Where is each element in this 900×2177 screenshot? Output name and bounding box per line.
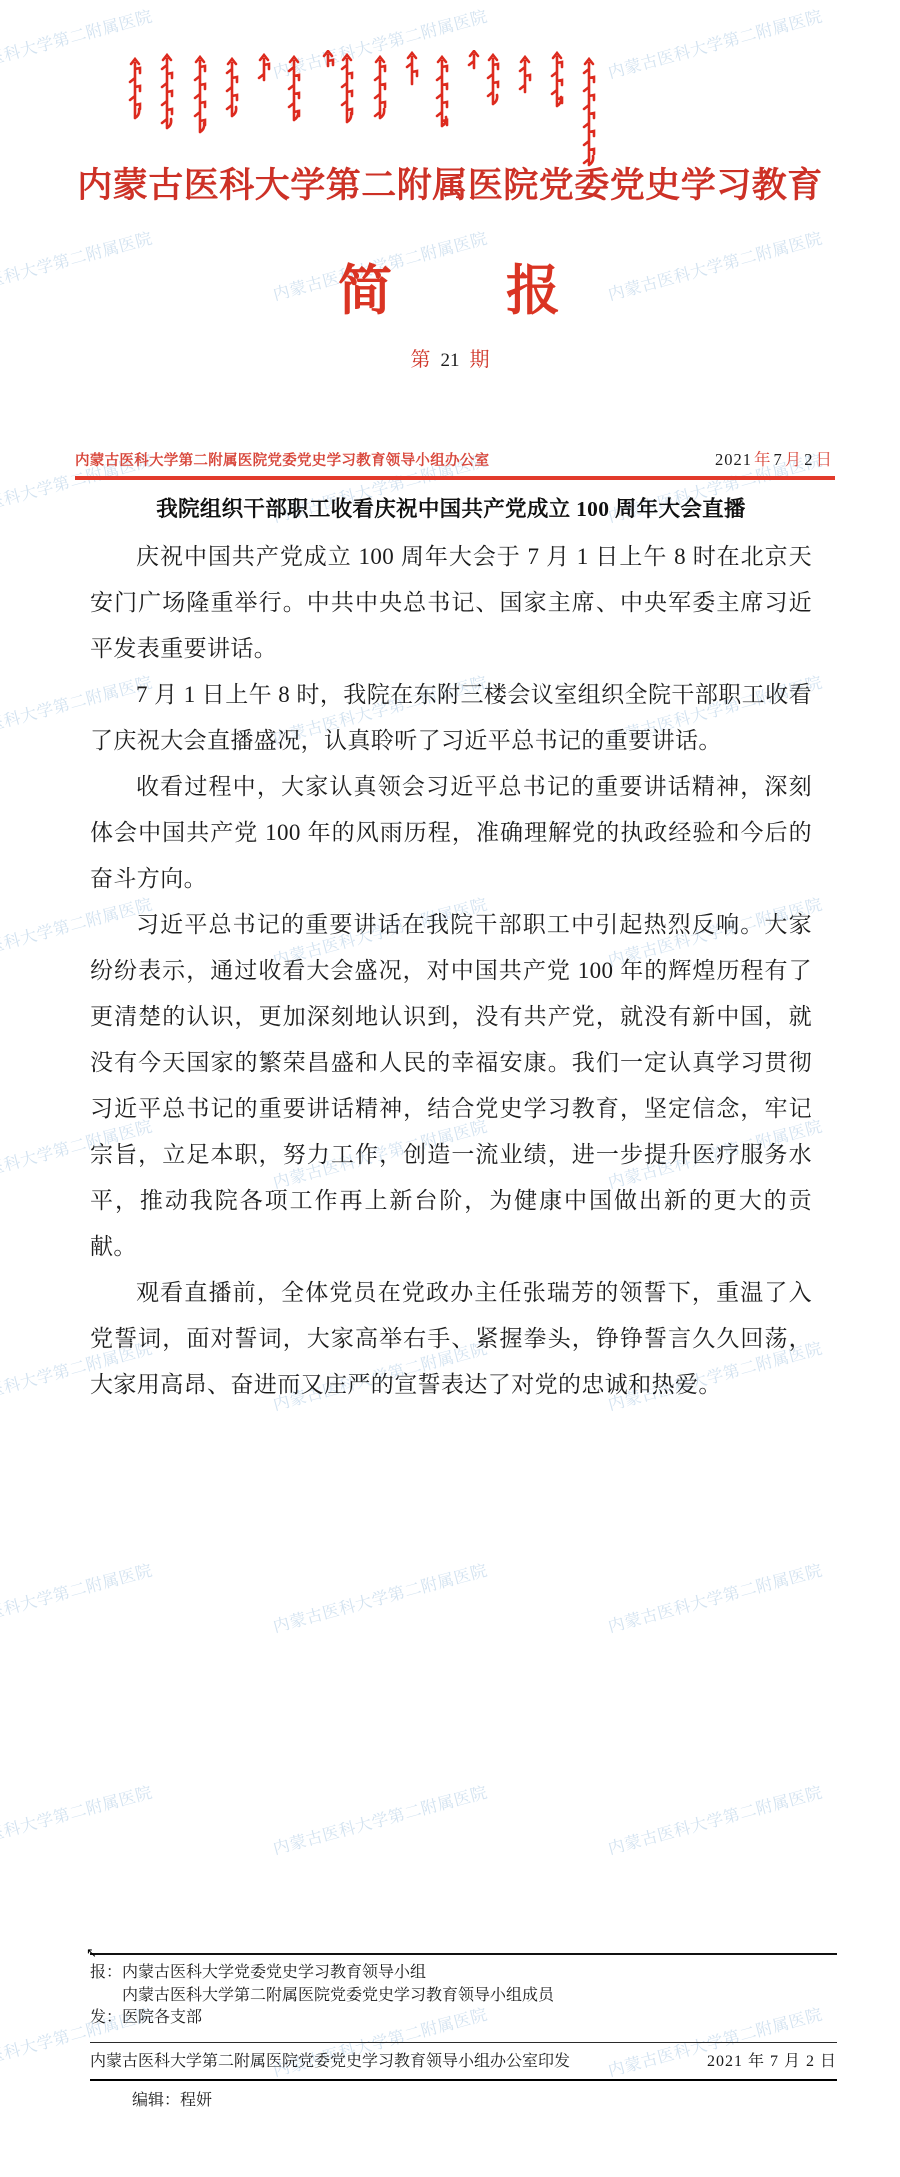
footer-issue-date: 2021 年 7 月 2 日 — [707, 2051, 837, 2074]
editor-name: 程妍 — [180, 2092, 212, 2109]
watermark-text: 内蒙古医科大学第二附属医院 — [0, 1557, 155, 1637]
footer-routing-block: 报： 内蒙古医科大学党委党史学习教育领导小组 内蒙古医科大学第二附属医院党委党史… — [90, 1955, 837, 2036]
report-to-row: 报： 内蒙古医科大学党委党史学习教育领导小组 内蒙古医科大学第二附属医院党委党史… — [90, 1962, 837, 2007]
red-divider-rule — [75, 476, 835, 480]
document-footer: ↖ 报： 内蒙古医科大学党委党史学习教育领导小组 内蒙古医科大学第二附属医院党委… — [90, 1953, 837, 2113]
body-paragraph: 观看直播前，全体党员在党政办主任张瑞芳的领誓下，重温了入党誓词，面对誓词，大家高… — [90, 1270, 812, 1408]
issuer-row: 内蒙古医科大学第二附属医院党委党史学习教育领导小组办公室印发 2021 年 7 … — [90, 2043, 837, 2080]
report-to-line: 内蒙古医科大学党委党史学习教育领导小组 — [122, 1962, 837, 1985]
issuing-office: 内蒙古医科大学第二附属医院党委党史学习教育领导小组办公室 — [75, 449, 489, 470]
issuer-name: 内蒙古医科大学第二附属医院党委党史学习教育领导小组办公室印发 — [90, 2051, 575, 2074]
watermark-text: 内蒙古医科大学第二附属医院 — [605, 1779, 825, 1859]
distribute-to-row: 发： 医院各支部 — [90, 2007, 837, 2030]
watermark-text: 内蒙古医科大学第二附属医院 — [270, 1779, 490, 1859]
bulletin-title: 内蒙古医科大学第二附属医院党委党史学习教育 — [0, 158, 900, 208]
issue-prefix: 第 — [411, 349, 431, 371]
date-month-unit: 月 — [783, 450, 805, 469]
editor-label: 编辑： — [132, 2092, 180, 2109]
body-paragraph: 习近平总书记的重要讲话在我院干部职工中引起热烈反响。大家纷纷表示，通过收看大会盛… — [90, 902, 812, 1270]
report-to-lines: 内蒙古医科大学党委党史学习教育领导小组 内蒙古医科大学第二附属医院党委党史学习教… — [122, 1962, 837, 2007]
article: 我院组织干部职工收看庆祝中国共产党成立 100 周年大会直播 庆祝中国共产党成立… — [90, 492, 812, 1408]
date-day: 2 — [804, 450, 813, 469]
bulletin-name: 简 报 — [0, 248, 900, 325]
issue-number: 21 — [441, 350, 460, 371]
cursor-arrow-icon: ↖ — [86, 1943, 97, 1966]
body-paragraph: 收看过程中，大家认真领会习近平总书记的重要讲话精神，深刻体会中国共产党 100 … — [90, 764, 812, 902]
distribute-to-value: 医院各支部 — [122, 2007, 837, 2030]
watermark-text: 内蒙古医科大学第二附属医院 — [270, 1557, 490, 1637]
watermark-text: 内蒙古医科大学第二附属医院 — [605, 1557, 825, 1637]
article-headline: 我院组织干部职工收看庆祝中国共产党成立 100 周年大会直播 — [90, 492, 812, 526]
date-year-unit: 年 — [752, 450, 774, 469]
article-body: 庆祝中国共产党成立 100 周年大会于 7 月 1 日上午 8 时在北京天安门广… — [90, 534, 812, 1408]
report-to-label: 报： — [90, 1962, 122, 2007]
header-meta-row: 内蒙古医科大学第二附属医院党委党史学习教育领导小组办公室 2021年7月2日 — [75, 446, 835, 470]
editor-row: 编辑：程妍 — [90, 2081, 837, 2113]
issue-suffix: 期 — [470, 349, 490, 371]
watermark-text: 内蒙古医科大学第二附属医院 — [605, 3, 825, 83]
report-to-line: 内蒙古医科大学第二附属医院党委党史学习教育领导小组成员 — [122, 1985, 837, 2008]
issue-number-line: 第21期 — [0, 343, 900, 372]
body-paragraph: 7 月 1 日上午 8 时，我院在东附三楼会议室组织全院干部职工收看了庆祝大会直… — [90, 672, 812, 764]
date-month: 7 — [774, 450, 783, 469]
issue-date: 2021年7月2日 — [715, 446, 835, 470]
date-day-unit: 日 — [814, 450, 836, 469]
watermark-text: 内蒙古医科大学第二附属医院 — [0, 1779, 155, 1859]
body-paragraph: 庆祝中国共产党成立 100 周年大会于 7 月 1 日上午 8 时在北京天安门广… — [90, 534, 812, 672]
distribute-to-label: 发： — [90, 2007, 122, 2030]
date-year: 2021 — [715, 450, 752, 469]
